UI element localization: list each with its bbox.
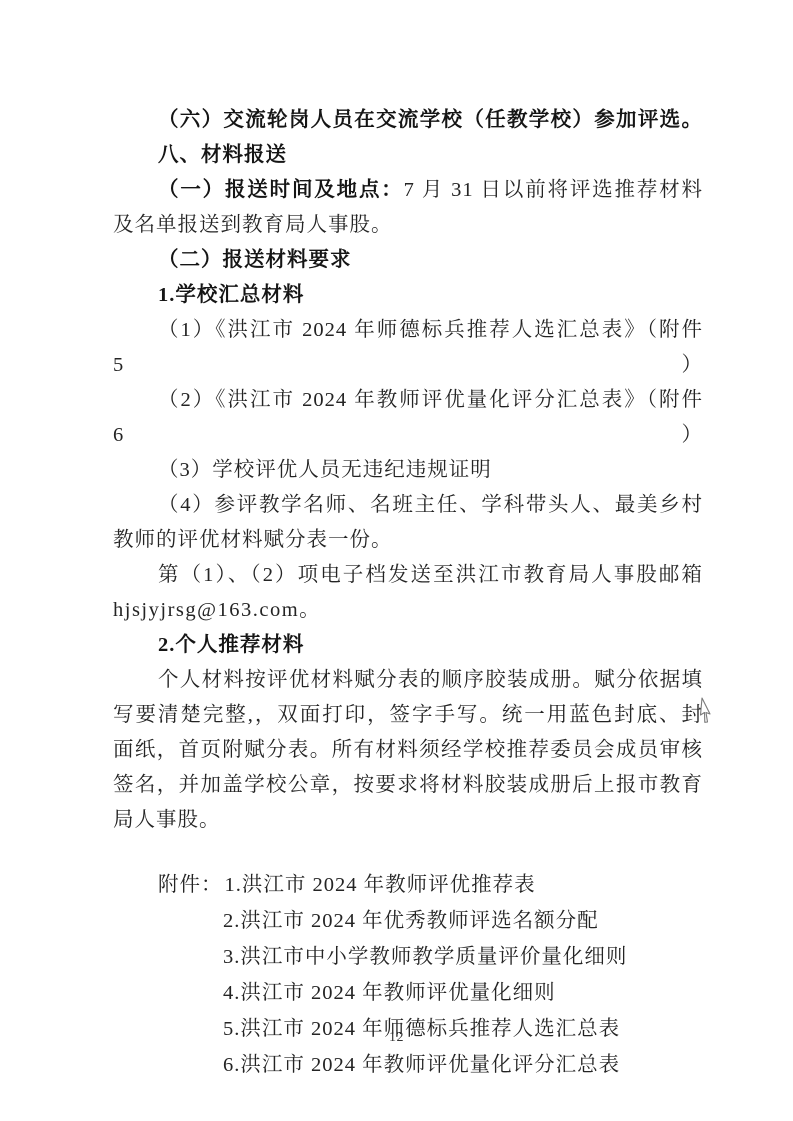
text-line: 1.学校汇总材料 — [113, 278, 703, 313]
text-segment: （2）《洪江市 2024 年教师评优量化评分汇总表》（附件 6） — [113, 389, 703, 446]
text-segment: hjsjyjrsg@163.com。 — [113, 599, 321, 621]
text-line: 写要清楚完整,，双面打印，签字手写。统一用蓝色封底、封 — [113, 698, 703, 733]
text-line: 个人材料按评优材料赋分表的顺序胶装成册。赋分依据填 — [113, 663, 703, 698]
bold-text-segment: （六）交流轮岗人员在交流学校（任教学校）参加评选。 — [158, 109, 703, 131]
attachment-item-text: 1.洪江市 2024 年教师评优推荐表 — [225, 874, 536, 896]
mouse-pointer-icon — [699, 697, 714, 724]
attachment-item-text: 6.洪江市 2024 年教师评优量化评分汇总表 — [223, 1054, 620, 1076]
text-line: （4）参评教学名师、名班主任、学科带头人、最美乡村 — [113, 488, 703, 523]
attachment-item: 3.洪江市中小学教师教学质量评价量化细则 — [113, 939, 703, 975]
text-segment: （3）学校评优人员无违纪违规证明 — [158, 459, 492, 481]
text-segment: 写要清楚完整,，双面打印，签字手写。统一用蓝色封底、封 — [113, 704, 703, 726]
attachment-item-text: 4.洪江市 2024 年教师评优量化细则 — [223, 982, 556, 1004]
text-line: （二）报送材料要求 — [113, 243, 703, 278]
attachment-item: 2.洪江市 2024 年优秀教师评选名额分配 — [113, 903, 703, 939]
text-segment: （1）《洪江市 2024 年师德标兵推荐人选汇总表》（附件 5） — [113, 319, 703, 376]
text-line: （2）《洪江市 2024 年教师评优量化评分汇总表》（附件 6） — [113, 383, 703, 453]
attachments-label: 附件： — [158, 874, 223, 896]
text-segment: 教师的评优材料赋分表一份。 — [113, 529, 393, 551]
document-body: （六）交流轮岗人员在交流学校（任教学校）参加评选。八、材料报送（一）报送时间及地… — [113, 103, 703, 1083]
text-line: （1）《洪江市 2024 年师德标兵推荐人选汇总表》（附件 5） — [113, 313, 703, 383]
bold-text-segment: （一）报送时间及地点： — [158, 179, 404, 201]
text-line: 八、材料报送 — [113, 138, 703, 173]
text-line: （一）报送时间及地点：7 月 31 日以前将评选推荐材料 — [113, 173, 703, 208]
text-segment: 签名，并加盖学校公章，按要求将材料胶装成册后上报市教育 — [113, 774, 703, 796]
document-page: （六）交流轮岗人员在交流学校（任教学校）参加评选。八、材料报送（一）报送时间及地… — [0, 0, 793, 1121]
text-line: 第（1）、（2）项电子档发送至洪江市教育局人事股邮箱 — [113, 558, 703, 593]
text-segment: 面纸，首页附赋分表。所有材料须经学校推荐委员会成员审核 — [113, 739, 703, 761]
text-line: 签名，并加盖学校公章，按要求将材料胶装成册后上报市教育 — [113, 768, 703, 803]
text-line: hjsjyjrsg@163.com。 — [113, 593, 703, 628]
attachment-item-text: 3.洪江市中小学教师教学质量评价量化细则 — [223, 946, 627, 968]
paragraph-lines: （六）交流轮岗人员在交流学校（任教学校）参加评选。八、材料报送（一）报送时间及地… — [113, 103, 703, 838]
text-line: 面纸，首页附赋分表。所有材料须经学校推荐委员会成员审核 — [113, 733, 703, 768]
text-segment: 第（1）、（2）项电子档发送至洪江市教育局人事股邮箱 — [158, 564, 703, 586]
page-number: 12 — [0, 1030, 793, 1046]
bold-text-segment: 1.学校汇总材料 — [158, 284, 304, 306]
text-segment: 个人材料按评优材料赋分表的顺序胶装成册。赋分依据填 — [158, 669, 703, 691]
attachment-item: 附件：1.洪江市 2024 年教师评优推荐表 — [113, 867, 703, 903]
attachments-block: 附件：1.洪江市 2024 年教师评优推荐表2.洪江市 2024 年优秀教师评选… — [113, 867, 703, 1083]
text-line: 教师的评优材料赋分表一份。 — [113, 523, 703, 558]
bold-text-segment: 2.个人推荐材料 — [158, 634, 304, 656]
text-segment: （4）参评教学名师、名班主任、学科带头人、最美乡村 — [158, 494, 703, 516]
attachment-item-text: 2.洪江市 2024 年优秀教师评选名额分配 — [223, 910, 599, 932]
text-line: 2.个人推荐材料 — [113, 628, 703, 663]
bold-text-segment: （二）报送材料要求 — [158, 249, 352, 271]
text-line: 局人事股。 — [113, 803, 703, 838]
text-segment: 7 月 31 日以前将评选推荐材料 — [404, 179, 703, 201]
attachment-item: 6.洪江市 2024 年教师评优量化评分汇总表 — [113, 1047, 703, 1083]
attachment-item: 4.洪江市 2024 年教师评优量化细则 — [113, 975, 703, 1011]
text-line: （3）学校评优人员无违纪违规证明 — [113, 453, 703, 488]
text-line: （六）交流轮岗人员在交流学校（任教学校）参加评选。 — [113, 103, 703, 138]
bold-text-segment: 八、材料报送 — [158, 144, 287, 166]
text-segment: 及名单报送到教育局人事股。 — [113, 214, 393, 236]
text-line: 及名单报送到教育局人事股。 — [113, 208, 703, 243]
text-segment: 局人事股。 — [113, 809, 221, 831]
